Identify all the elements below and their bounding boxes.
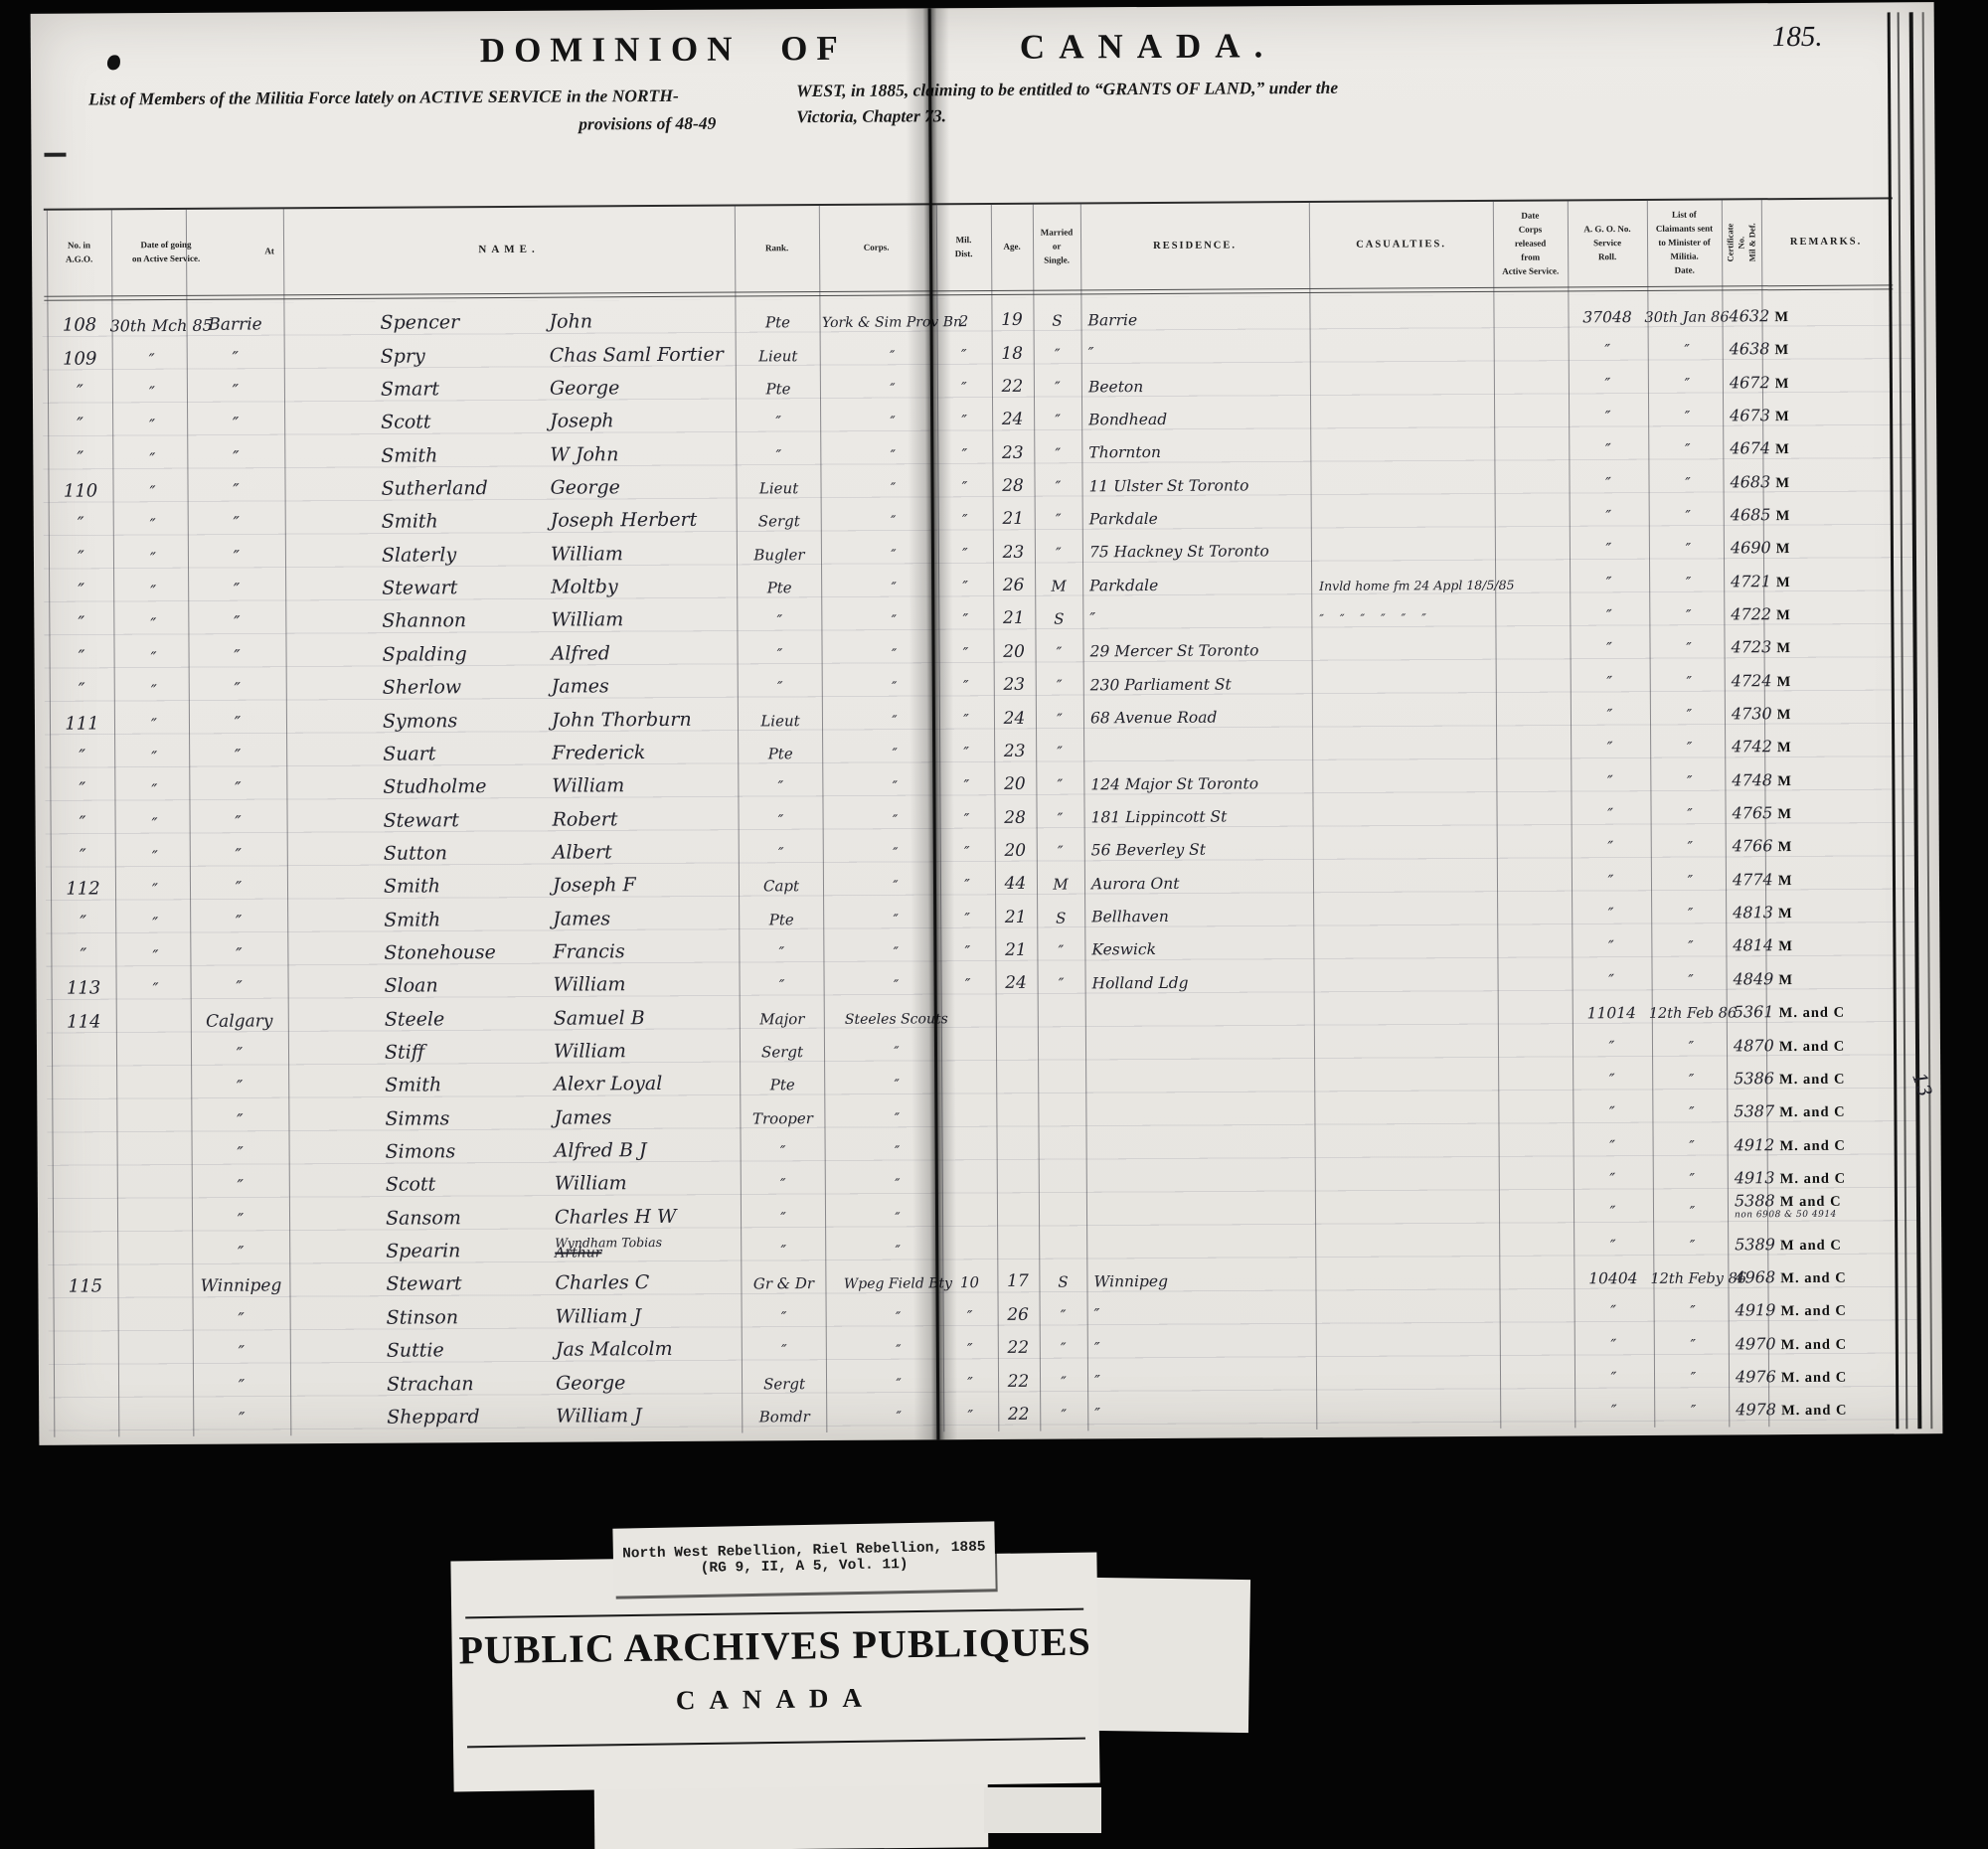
cell-married-single: ″ [1038,943,1083,958]
cell-rank: Pte [731,747,830,762]
cell-claimants-list-date: ″ [1645,476,1730,491]
cell-date-active-service: ″ [111,517,195,534]
cell-service-roll-no: ″ [1570,1039,1654,1055]
certificate-suffix: M [1775,409,1790,424]
cell-surname: Smith [381,445,560,465]
certificate-number: 4722 [1731,604,1771,623]
cell-residence: Keswick [1091,941,1325,958]
cell-service-roll-no: ″ [1567,509,1651,525]
subtitle-left-line2: provisions of 48-49 [488,112,806,135]
cell-at-place: ″ [189,1179,292,1197]
given-name-text: George [550,377,619,399]
paper-strip [594,1779,989,1849]
cell-claimants-list-date: 30th Jan 86 [1644,310,1729,325]
cell-no-in-ago: ″ [48,383,112,401]
cell-at-place: ″ [186,648,289,666]
cell-married-single: M [1036,580,1081,594]
given-name-text: Moltby [551,576,618,597]
cell-age: 23 [992,677,1037,694]
cell-service-roll-no: ″ [1569,907,1653,923]
cell-claimants-list-date: ″ [1647,642,1732,657]
cell-claimants-list-date: 12th Feb 86 [1649,1007,1734,1022]
cell-age: 26 [991,578,1036,594]
cell-surname: Stonehouse [384,943,563,963]
cell-date-active-service: ″ [112,716,196,733]
cell-residence: Barrie [1087,312,1321,329]
certificate-number: 4976 [1736,1367,1776,1386]
cell-age: 21 [993,909,1038,925]
cell-rank: Sergt [735,1376,834,1392]
certificate-suffix: M [1776,575,1791,590]
certificate-suffix: M [1776,508,1791,524]
cell-service-roll-no: ″ [1567,576,1651,591]
cell-married-single: ″ [1041,1308,1086,1323]
cell-given-name: Joseph [550,412,748,431]
cell-at-place: ″ [188,1112,291,1130]
certificate-number: 4978 [1736,1401,1776,1420]
cell-service-roll-no: ″ [1567,542,1651,558]
cell-service-roll-no: ″ [1568,641,1652,657]
cell-surname: Smith [385,1076,564,1095]
cell-given-name: William J [556,1406,754,1426]
cell-surname: Strachan [387,1374,566,1394]
certificate-number: 4912 [1735,1135,1775,1154]
cell-at-place: ″ [186,715,289,733]
certificate-number: 4685 [1731,505,1771,524]
cell-residence: Thornton [1088,444,1322,461]
certificate-number: 4814 [1733,936,1773,955]
cell-date-active-service: ″ [110,418,194,434]
cell-no-in-ago: 111 [50,715,114,733]
certificate-suffix: M and C [1780,1237,1842,1253]
cell-rank: ″ [734,1177,833,1193]
cell-at-place: ″ [188,1046,291,1064]
table-body: 108 30th Mch 85 Barrie Spencer John Pte … [42,292,1917,1436]
cell-residence: Bondhead [1088,412,1322,428]
cell-surname: Stinson [387,1307,566,1327]
cell-given-name: Joseph F [553,876,751,896]
cell-at-place: ″ [190,1378,293,1396]
cell-surname: Simms [385,1108,564,1128]
cell-at-place: ″ [190,1311,293,1329]
given-name-text: William J [556,1405,642,1428]
given-name-text: William [551,609,623,631]
col-header-date: Date of going on Active Service. [111,209,222,297]
cell-residence: ″ [1094,1306,1328,1323]
cell-service-roll-no: ″ [1568,774,1652,790]
cell-married-single: ″ [1041,1342,1086,1357]
cell-age: 17 [995,1273,1040,1290]
cell-given-name: Moltby [551,578,749,597]
certificate-suffix: M [1774,342,1789,358]
cell-claimants-list-date: ″ [1649,1106,1734,1121]
given-name-text: Charles C [555,1272,649,1295]
cell-age: 21 [991,610,1036,627]
stamp-rule-top [465,1608,1083,1619]
cell-claimants-list-date: ″ [1648,940,1733,955]
cell-service-roll-no: ″ [1566,410,1650,425]
ink-blot [107,55,120,70]
cell-surname: Stiff [385,1043,564,1063]
cell-surname: Sutherland [381,479,560,499]
cell-surname: Smart [381,380,560,400]
page-number: 185. [1772,21,1823,54]
certificate-suffix: M [1776,640,1791,656]
cell-claimants-list-date: ″ [1646,576,1731,590]
cell-surname: Symons [383,711,562,731]
cell-rank: ″ [732,813,831,829]
cell-given-name: Charles C [555,1273,753,1293]
cell-service-roll-no: ″ [1572,1304,1656,1320]
cell-date-active-service: ″ [113,815,197,832]
cell-surname: Smith [384,877,563,897]
certificate-number: 4672 [1730,373,1770,392]
cell-no-in-ago: 115 [53,1278,117,1296]
cell-claimants-list-date: ″ [1647,742,1732,756]
cell-rank: Sergt [733,1045,832,1061]
certificate-suffix: M [1776,541,1791,557]
cell-age: 24 [990,412,1035,428]
given-name-text: James [553,908,610,929]
cell-date-active-service: ″ [112,782,196,799]
cell-no-in-ago: ″ [51,946,115,964]
given-name-text: Jas Malcolm [556,1338,673,1361]
cell-no-in-ago: ″ [48,449,112,467]
cell-rank: Sergt [730,514,829,530]
cell-surname: Shannon [382,611,561,631]
cell-residence: 75 Hackney St Toronto [1089,544,1323,561]
archives-title: PUBLIC ARCHIVES PUBLIQUES [451,1617,1098,1673]
reference-line2: (RG 9, II, A 5, Vol. 11) [701,1557,909,1577]
cell-service-roll-no: ″ [1570,1105,1654,1121]
given-name-text: Robert [553,808,618,830]
certificate-suffix: M. and C [1781,1336,1848,1352]
cell-surname: Spalding [383,644,562,664]
certificate-number: 4730 [1732,704,1772,723]
cell-date-active-service: ″ [114,981,198,998]
cell-residence: Winnipeg [1093,1273,1327,1290]
cell-no-in-ago: 113 [52,980,116,998]
cell-married-single: ″ [1037,712,1082,727]
cell-no-in-ago: 114 [52,1013,116,1031]
cell-claimants-list-date: ″ [1648,874,1733,889]
cell-claimants-list-date: ″ [1647,675,1732,690]
cell-at-place: ″ [188,980,291,998]
cell-surname: Simons [386,1142,565,1162]
given-name-text: William [554,1040,626,1062]
certificate-number: 4968 [1735,1267,1775,1286]
cell-rank: ″ [730,613,829,629]
certificate-suffix: M [1778,972,1793,988]
certificate-number: 4683 [1730,472,1770,491]
cell-date-active-service: ″ [113,882,197,899]
cell-at-place: ″ [187,914,290,931]
cell-married-single: ″ [1035,347,1080,362]
cell-no-in-ago: ″ [51,914,115,931]
given-name-text: James [554,1106,611,1128]
cell-casualties: ″ ″ ″ ″ ″ ″ [1319,612,1513,626]
cell-rank: ″ [731,680,830,696]
cell-at-place: ″ [187,881,290,899]
col-header-casualties: CASUALTIES. [1309,201,1494,289]
cell-given-name: Alexr Loyal [554,1075,752,1094]
cell-at-place: ″ [187,814,290,832]
cell-no-in-ago: ″ [51,814,115,832]
subtitle-right-line1: WEST, in 1885, claiming to be entitled t… [796,77,1482,101]
given-name-text: Albert [553,841,612,863]
cell-no-in-ago: ″ [50,682,114,700]
cell-married-single: ″ [1035,380,1080,395]
cell-service-roll-no: ″ [1571,1138,1655,1154]
cell-claimants-list-date: ″ [1649,973,1734,988]
cell-at-place: ″ [187,847,290,865]
cell-age: 20 [992,776,1037,793]
given-name-text: Samuel B [554,1007,645,1030]
given-name-text: Alfred B J [555,1139,647,1162]
cell-surname: Stewart [384,810,563,830]
given-name-text: William [554,974,626,996]
cell-married-single: ″ [1041,1375,1086,1390]
cell-surname: Scott [381,413,560,432]
cell-at-place: ″ [184,383,287,401]
certificate-suffix: M [1775,475,1790,491]
margin-dash [44,153,66,157]
given-name-text: Charles H W [555,1206,677,1229]
cell-residence: ″ [1094,1340,1328,1357]
given-name-text: William J [556,1305,642,1328]
cell-married-single: S [1040,1275,1085,1290]
cell-married-single: ″ [1037,645,1082,660]
cell-given-name: William [554,975,752,995]
certificate-suffix: M. and C [1781,1403,1848,1419]
cell-service-roll-no: ″ [1572,1404,1656,1420]
cell-rank: ″ [729,448,828,464]
col-header-claimants-list: List of Claimants sent to Minister of Mi… [1647,199,1723,286]
certificate-number: 4742 [1732,738,1772,756]
cell-no-in-ago: ″ [51,847,115,865]
cell-service-roll-no: ″ [1571,1172,1655,1188]
cell-age: 24 [992,710,1037,727]
cell-claimants-list-date: ″ [1651,1371,1736,1386]
cell-service-roll-no: ″ [1568,708,1652,724]
cell-claimants-list-date: ″ [1651,1305,1736,1320]
cell-date-active-service: 30th Mch 85 [109,318,193,335]
certificate-number: 4724 [1732,671,1772,690]
cell-claimants-list-date: ″ [1651,1338,1736,1353]
cell-service-roll-no: ″ [1566,343,1650,359]
cell-at-place: ″ [184,449,287,467]
cell-at-place: ″ [190,1411,293,1429]
cell-at-place: ″ [190,1344,293,1362]
cell-rank: Pte [728,315,827,331]
col-header-married-single: Married or Single. [1033,203,1081,290]
given-name-text: Frederick [552,742,645,764]
cell-at-place: ″ [189,1245,292,1262]
cell-age: 20 [993,843,1038,860]
certificate-number: 4766 [1733,837,1773,856]
cell-married-single: ″ [1036,480,1081,495]
cell-date-active-service: ″ [112,650,196,667]
col-header-no: No. in A.G.O. [47,209,112,296]
cell-given-name: William J [556,1306,754,1326]
cell-date-active-service: ″ [110,352,194,369]
certificate-number: 5389 [1735,1235,1775,1254]
cell-service-roll-no: ″ [1566,376,1650,392]
cell-married-single: ″ [1036,546,1081,561]
certificate-number: 4849 [1734,969,1774,988]
reference-slip: North West Rebellion, Riel Rebellion, 18… [612,1521,995,1596]
cell-age: 22 [990,379,1035,396]
certificate-suffix: M and C [1780,1194,1842,1210]
given-name-text: Alexr Loyal [554,1073,662,1095]
cell-claimants-list-date: ″ [1650,1139,1735,1154]
cell-at-place: ″ [185,549,288,567]
cell-given-name: William [552,776,750,796]
cell-given-name: John Thorburn [552,710,750,730]
cell-date-active-service: ″ [113,948,197,965]
cell-at-place: ″ [188,1080,291,1097]
cell-rank: Capt [732,879,831,895]
cell-no-in-ago: 112 [51,881,115,899]
given-name-text: George [550,476,619,498]
cell-no-in-ago: ″ [48,417,112,434]
cell-at-place: ″ [185,516,288,534]
cell-no-in-ago: ″ [49,516,113,534]
certificate-number: 4721 [1731,572,1771,590]
certificate-number: 5388 [1735,1191,1775,1210]
cell-at-place: ″ [186,781,289,799]
cell-given-name: James [554,1107,752,1127]
certificate-suffix: M. and C [1779,1137,1846,1153]
cell-age: 23 [992,744,1037,760]
cell-age: 21 [991,511,1036,528]
cell-no-in-ago: ″ [49,583,113,600]
certificate-number: 4765 [1733,803,1773,822]
cell-surname: Spearin [386,1242,565,1261]
cell-date-active-service: ″ [112,750,196,766]
cell-given-name: James [553,909,751,928]
cell-date-active-service: ″ [113,849,197,866]
cell-rank: Pte [733,1078,832,1093]
cell-given-name: John [549,312,747,332]
given-name-text: William [552,774,624,796]
cell-married-single: ″ [1038,844,1083,859]
cell-given-name: Jas Malcolm [556,1340,754,1360]
given-name-text: W John [550,443,618,465]
given-name-text: William [551,543,623,565]
cell-no-in-ago: ″ [50,648,114,666]
cell-residence: Holland Ldg [1092,975,1326,992]
cell-given-name: Charles H W [555,1207,753,1227]
cell-rank: Bugler [730,548,829,564]
cell-given-name: Alfred [552,643,750,663]
cell-claimants-list-date: ″ [1649,1073,1734,1088]
certificate-number: 4970 [1736,1334,1776,1353]
cell-married-single: M [1038,878,1083,893]
cell-claimants-list-date: ″ [1648,841,1733,856]
given-name-correction: Wyndham TobiasArthur [555,1238,662,1261]
cell-rank: Lieut [731,713,830,729]
cell-age: 24 [994,975,1039,992]
col-header-certificate-no: Certificate No. Mil & Def. [1722,199,1762,286]
cell-surname: Sheppard [387,1407,566,1427]
cell-surname: Sutton [384,844,563,864]
cell-surname: Smith [382,512,561,532]
cell-age: 28 [990,478,1035,495]
cell-surname: Stewart [386,1274,565,1294]
certificate-number: 4690 [1731,538,1771,557]
certificate-suffix: M. and C [1781,1370,1848,1386]
cell-age: 20 [992,644,1037,661]
cell-age: 19 [989,312,1034,329]
cell-service-roll-no: 11014 [1570,1006,1654,1022]
cell-service-roll-no: ″ [1571,1239,1655,1255]
cell-rank: ″ [734,1144,833,1160]
cell-claimants-list-date: ″ [1646,543,1731,558]
cell-service-roll-no: ″ [1566,476,1650,492]
certificate-number: 5386 [1734,1069,1774,1088]
cell-rank: ″ [735,1310,834,1326]
cell-at-place: Winnipeg [189,1278,292,1296]
certificate-suffix: M [1777,773,1792,789]
certificate-number: 4632 [1729,306,1769,325]
col-header-residence: RESIDENCE. [1080,202,1310,290]
cell-claimants-list-date: ″ [1651,1405,1736,1420]
cell-surname: Stewart [382,579,561,598]
cell-no-in-ago: ″ [49,615,113,633]
col-header-age: Age. [991,204,1034,291]
certificate-suffix: M [1777,674,1792,690]
given-name-text: Francis [553,940,624,962]
cell-claimants-list-date: ″ [1650,1172,1735,1187]
cell-given-name: George [556,1373,754,1393]
archives-subtitle: CANADA [452,1679,1098,1719]
cell-service-roll-no: ″ [1567,608,1651,624]
cell-residence: ″ [1094,1373,1328,1390]
paper-tab [1089,1578,1250,1733]
cell-age: 22 [996,1373,1041,1390]
cell-surname: Scott [386,1175,565,1195]
cell-at-place: ″ [189,1212,292,1230]
cell-given-name: W John [550,444,748,464]
cell-residence: Aurora Ont [1091,876,1325,893]
cell-rank: ″ [729,415,828,430]
cell-surname: Sloan [385,976,564,996]
certificate-suffix: M. and C [1779,1072,1846,1088]
certificate-suffix: M. and C [1779,1038,1846,1054]
ledger-sheet: DOMINION OF CANADA. 185. List of Members… [31,2,1943,1445]
cell-surname: Spencer [380,313,559,333]
col-header-remarks: REMARKS. [1761,198,1892,286]
subtitle-left-line1: List of Members of the Militia Force lat… [88,84,804,109]
stamp-rule-bottom [467,1738,1085,1749]
cell-rank: Pte [729,382,828,398]
cell-rank: Major [733,1012,832,1028]
certificate-suffix: M. and C [1780,1270,1847,1286]
cell-no-in-ago: ″ [50,748,114,765]
cell-married-single: ″ [1035,414,1080,428]
certificate-number: 4774 [1733,870,1773,889]
cell-residence: 68 Avenue Road [1090,710,1324,727]
cell-claimants-list-date: ″ [1647,708,1732,723]
cell-married-single: ″ [1037,778,1082,793]
certificate-suffix: M [1777,707,1792,723]
certificate-suffix: M [1777,740,1792,756]
cell-married-single: ″ [1038,811,1083,826]
cell-surname: Suart [383,745,562,764]
cell-residence: Bellhaven [1091,909,1325,925]
cell-given-name: Wyndham TobiasArthur [555,1237,753,1261]
